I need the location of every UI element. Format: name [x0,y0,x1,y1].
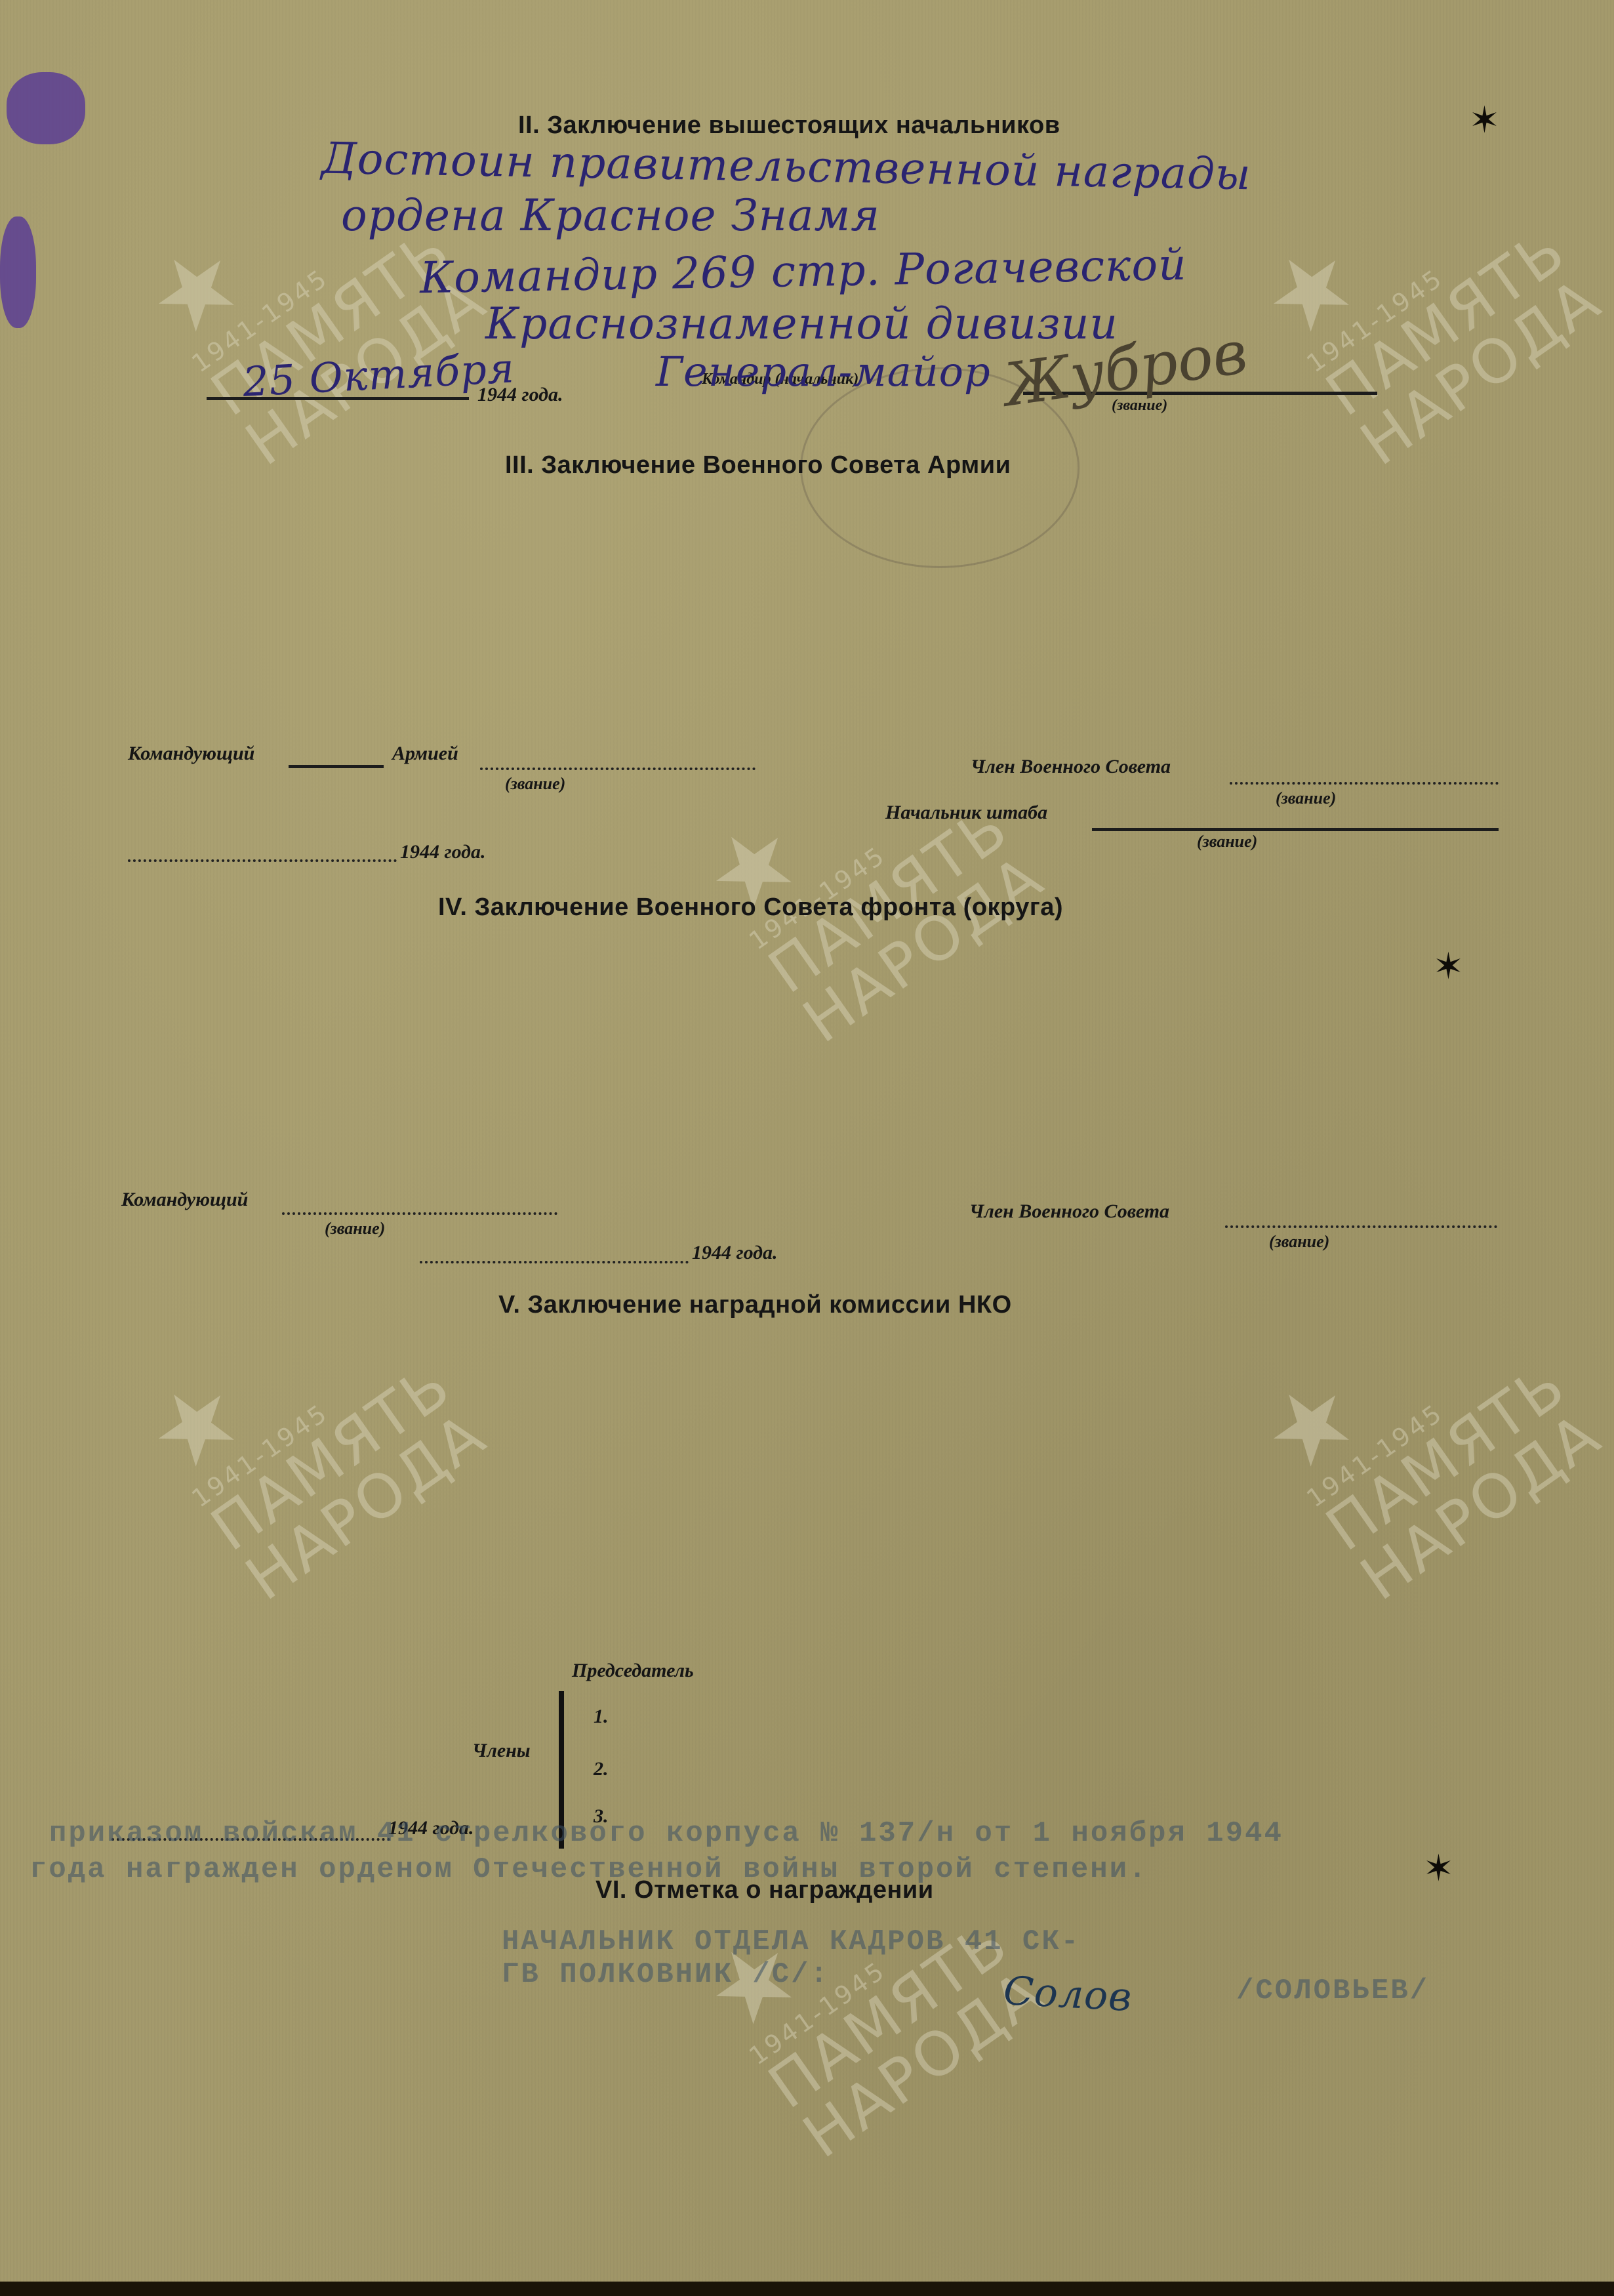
members-label: Члены [472,1740,531,1762]
section-6-heading: VI. Отметка о награждении [595,1876,934,1904]
front-council-member-label: Член Военного Совета [969,1200,1169,1223]
typed-signatory-line-2: ГВ ПОЛКОВНИК /С/: [502,1958,830,1991]
star-icon: ★ [1246,118,1527,356]
front-year-label: 1944 года. [692,1242,778,1264]
front-date-field [420,1261,689,1263]
front-commander-label: Командующий [121,1189,248,1211]
section-2-heading: II. Заключение вышестоящих начальников [518,112,1060,140]
front-council-member-rank-field [1225,1225,1497,1228]
council-member-rank-caption: (звание) [1276,789,1336,808]
army-commander-rank-caption: (звание) [505,774,565,794]
handwritten-line-3: Командир 269 стр. Рогачевской [419,239,1187,303]
star-icon: ★ [1246,1253,1527,1491]
handwritten-line-4: Краснознаменной дивизии [485,298,1118,349]
council-member-rank-field [1230,782,1499,785]
punch-hole: ✶ [1423,1847,1454,1890]
ink-stain [7,72,85,144]
army-commander-rank-field [480,768,756,770]
chief-of-staff-rank-field [1092,828,1499,831]
award-order-line-1: приказом войскам 41 стрелкового корпуса … [49,1817,1283,1850]
year-label: 1944 года. [477,384,563,406]
star-icon: ★ [131,1253,413,1491]
watermark: ★ 1941-1945 ПАМЯТЬ НАРОДА [131,1253,496,1610]
watermark: ★ 1941-1945 ПАМЯТЬ НАРОДА [1246,118,1611,476]
front-council-member-rank-caption: (звание) [1269,1232,1329,1252]
typed-signatory-name: /СОЛОВЬЕВ/ [1236,1975,1429,2007]
watermark: ★ 1941-1945 ПАМЯТЬ НАРОДА [689,695,1053,1053]
front-commander-rank-caption: (звание) [325,1219,385,1239]
front-commander-rank-field [282,1212,557,1215]
punch-hole: ✶ [1433,945,1464,988]
chief-of-staff-label: Начальник штаба [885,802,1047,824]
typed-signatory-line-1: НАЧАЛЬНИК ОТДЕЛА КАДРОВ 41 СК- [502,1925,1080,1958]
section-5-heading: V. Заключение наградной комиссии НКО [498,1291,1012,1319]
army-label: Армией [392,743,458,765]
section-3-heading: III. Заключение Военного Совета Армии [505,451,1011,480]
torn-edge [0,2282,1614,2296]
award-order-line-2: года награжден орденом Отечественной вой… [30,1853,1148,1886]
chief-of-staff-rank-caption: (звание) [1197,832,1257,851]
handwritten-rank: Генерал-майор [656,348,991,396]
award-signature: Солов [1002,1968,1133,2020]
council-member-label: Член Военного Совета [971,756,1171,778]
army-date-field [128,859,397,862]
section-4-heading: IV. Заключение Военного Совета фронта (о… [438,893,1063,922]
punch-hole: ✶ [1469,98,1500,142]
army-year-label: 1944 года. [400,841,486,863]
member-number-2: 2. [594,1758,609,1780]
handwritten-date: 25 Октября [241,344,515,406]
member-number-1: 1. [594,1706,609,1728]
chairman-label: Председатель [572,1660,694,1682]
army-number-line [289,765,384,768]
watermark: ★ 1941-1945 ПАМЯТЬ НАРОДА [1246,1253,1611,1610]
handwritten-line-2: ордена Красное Знамя [341,190,880,241]
army-commander-label: Командующий [128,743,254,765]
ink-stain [0,216,36,328]
